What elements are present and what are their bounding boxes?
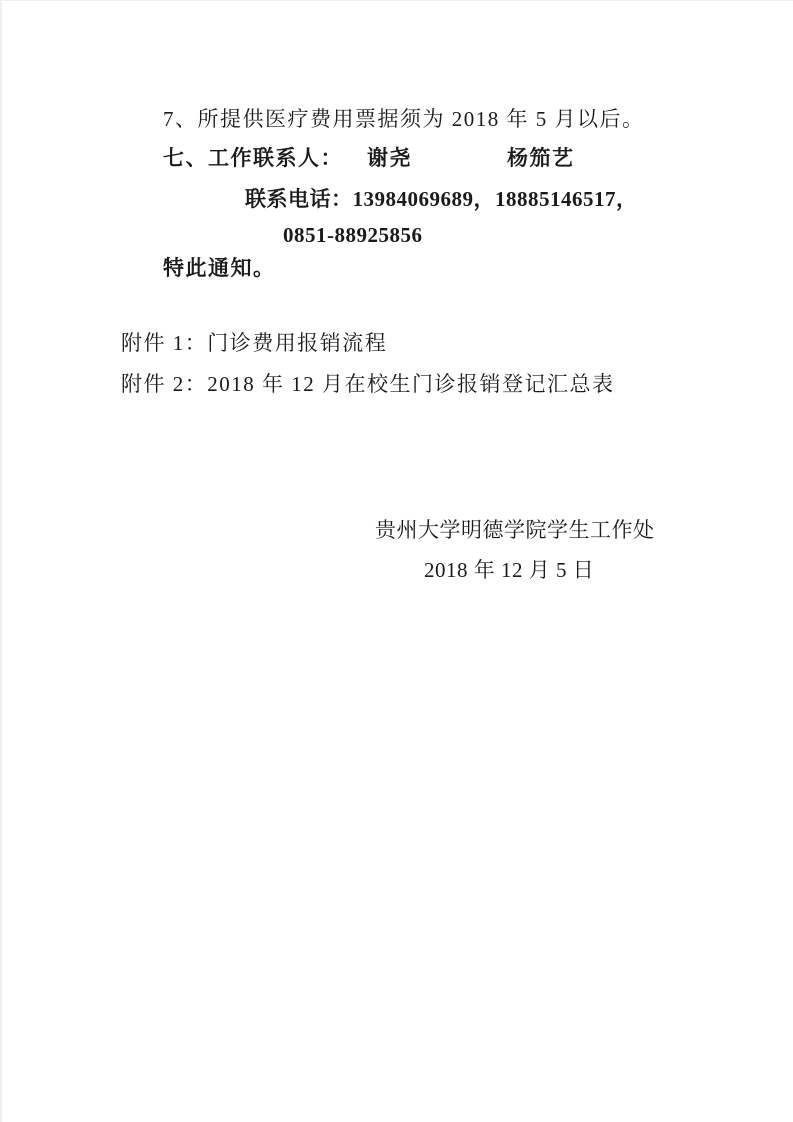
contact-name-1: 谢尧 (367, 146, 412, 170)
contacts-line: 七、工作联系人：谢尧杨笳艺 (163, 145, 575, 172)
attachment-2-line: 附件 2：2018 年 12 月在校生门诊报销登记汇总表 (121, 371, 615, 398)
notice-line: 特此通知。 (163, 255, 276, 282)
attachment-1-line: 附件 1：门诊费用报销流程 (121, 330, 387, 357)
clause-7-line: 7、所提供医疗费用票据须为 2018 年 5 月以后。 (163, 106, 645, 133)
phone-line-2: 0851-88925856 (283, 222, 423, 249)
signature-org-line: 贵州大学明德学院学生工作处 (375, 517, 655, 544)
contacts-label: 七、工作联系人： (163, 146, 343, 170)
signature-date-line: 2018 年 12 月 5 日 (424, 557, 594, 584)
phone-line-1: 联系电话：13984069689，18885146517， (245, 186, 638, 213)
document-page: 7、所提供医疗费用票据须为 2018 年 5 月以后。 七、工作联系人：谢尧杨笳… (0, 0, 793, 1122)
contact-name-2: 杨笳艺 (507, 146, 575, 170)
